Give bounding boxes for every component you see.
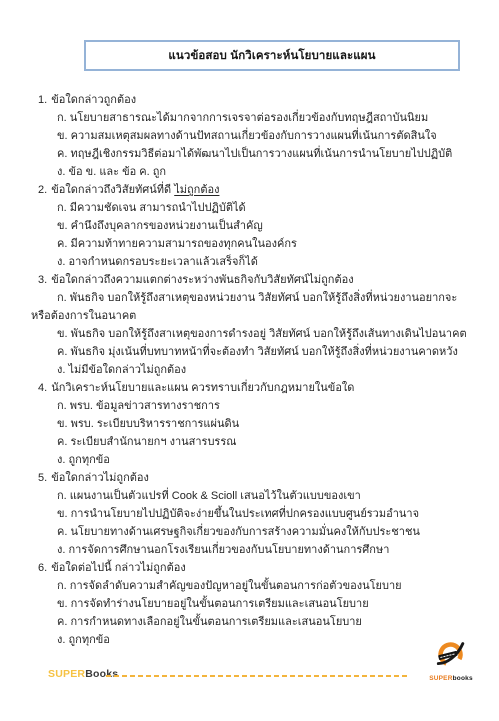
question-line: 4. นักวิเคราะห์นโยบายและแผน ควรทราบเกี่ย… (31, 379, 471, 397)
choice-letter: ก. (57, 580, 67, 592)
choice-letter: ข. (57, 508, 68, 520)
choice-letter: ง. (57, 454, 65, 466)
choice-text: ทฤษฎีเชิงกรรมวิธีต่อมาได้พัฒนาไปเป็นการว… (70, 148, 452, 160)
choice-letter: ก. (57, 490, 67, 502)
choice-text: การนำนโยบายไปปฏิบัติจะง่ายขึ้นในประเทศที… (71, 508, 419, 520)
page-title: แนวข้อสอบ นักวิเคราะห์นโยบายและแผน (168, 47, 375, 65)
choice-text: ระเบียบสำนักนายกฯ งานสารบรรณ (70, 436, 236, 448)
question-text: ข้อใดกล่าวถึงความแตกต่างระหว่างพันธกิจกั… (51, 274, 353, 286)
choice-item: ข. พันธกิจ บอกให้รู้ถึงสาเหตุของการดำรงอ… (31, 325, 471, 343)
choice-text: มีความชัดเจน สามารถนำไปปฏิบัติได้ (70, 202, 246, 214)
choice-text: พันธกิจ บอกให้รู้ถึงสาเหตุของการดำรงอยู่… (71, 328, 467, 340)
choice-item: ค. ทฤษฎีเชิงกรรมวิธีต่อมาได้พัฒนาไปเป็นก… (31, 145, 471, 163)
brand-super-label: SUPER (48, 668, 85, 680)
question-number: 3. (38, 274, 47, 286)
footer-brand-left: SUPERBooks (48, 668, 118, 680)
choice-item: ค. มีความท้าทายความสามารถของทุกคนในองค์ก… (31, 235, 471, 253)
question-line: 1. ข้อใดกล่าวถูกต้อง (31, 91, 471, 109)
choice-text: นโยบายสาธารณะได้มากจากการเจรจาต่อรองเกี่… (70, 112, 428, 124)
choice-text: แผนงานเป็นตัวแปรที่ Cook & Scioll เสนอไว… (70, 490, 361, 502)
choice-letter: ข. (57, 598, 68, 610)
choice-text: พรบ. ระเบียบบริหารราชการแผ่นดิน (71, 418, 239, 430)
choice-letter: ง. (57, 364, 65, 376)
choice-letter: ค. (57, 616, 67, 628)
choice-text: อาจกำหนดกรอบระยะเวลาแล้วเสร็จก็ได้ (69, 256, 258, 268)
question-block: 4. นักวิเคราะห์นโยบายและแผน ควรทราบเกี่ย… (31, 379, 471, 469)
question-number: 2. (38, 184, 47, 196)
choice-text: คำนึงถึงบุคลากรของหน่วยงานเป็นสำคัญ (71, 220, 263, 232)
question-line: 2. ข้อใดกล่าวถึงวิสัยทัศน์ที่ดี ไม่ถูกต้… (31, 181, 471, 199)
choice-item: ง. อาจกำหนดกรอบระยะเวลาแล้วเสร็จก็ได้ (31, 253, 471, 271)
choice-text: นโยบายทางด้านเศรษฐกิจเกี่ยวของกับการสร้า… (70, 526, 419, 538)
choice-text: การกำหนดทางเลือกอยู่ในขั้นตอนการเตรียมแล… (70, 616, 361, 628)
question-block: 2. ข้อใดกล่าวถึงวิสัยทัศน์ที่ดี ไม่ถูกต้… (31, 181, 471, 271)
choice-text: ข้อ ข. และ ข้อ ค. ถูก (69, 166, 167, 178)
choice-item: ข. การจัดทำร่างนโยบายอยู่ในขั้นตอนการเตร… (31, 595, 471, 613)
choice-letter: ง. (57, 544, 65, 556)
choice-letter: ก. (57, 292, 67, 304)
choice-item: ง. ไม่มีข้อใดกล่าวไม่ถูกต้อง (31, 361, 471, 379)
choice-item: ค. ระเบียบสำนักนายกฯ งานสารบรรณ (31, 433, 471, 451)
question-text: ข้อใดกล่าวถูกต้อง (51, 94, 136, 106)
question-text: ข้อใดกล่าวไม่ถูกต้อง (51, 472, 149, 484)
choice-letter: ข. (57, 418, 68, 430)
choice-text: ถูกทุกข้อ (69, 634, 110, 646)
question-block: 1. ข้อใดกล่าวถูกต้อง ก. นโยบายสาธารณะได้… (31, 91, 471, 181)
choice-item: ก. พันธกิจ บอกให้รู้ถึงสาเหตุของหน่วยงาน… (31, 289, 471, 325)
choice-item: ก. พรบ. ข้อมูลข่าวสารทางราชการ (31, 397, 471, 415)
choice-item: ค. พันธกิจ มุ่งเน้นที่บทบาทหน้าที่จะต้อง… (31, 343, 471, 361)
choice-item: ก. การจัดลำดับความสำคัญของปัญหาอยู่ในขั้… (31, 577, 471, 595)
choice-letter: ข. (57, 328, 68, 340)
choice-item: ข. คำนึงถึงบุคลากรของหน่วยงานเป็นสำคัญ (31, 217, 471, 235)
question-line: 5. ข้อใดกล่าวไม่ถูกต้อง (31, 469, 471, 487)
choice-item: ก. แผนงานเป็นตัวแปรที่ Cook & Scioll เสน… (31, 487, 471, 505)
choice-item: ค. การกำหนดทางเลือกอยู่ในขั้นตอนการเตรีย… (31, 613, 471, 631)
choice-letter: ค. (57, 346, 67, 358)
choice-item: ง. ข้อ ข. และ ข้อ ค. ถูก (31, 163, 471, 181)
choice-text: การจัดทำร่างนโยบายอยู่ในขั้นตอนการเตรียม… (71, 598, 369, 610)
choice-item: ค. นโยบายทางด้านเศรษฐกิจเกี่ยวของกับการส… (31, 523, 471, 541)
choice-text: ไม่มีข้อใดกล่าวไม่ถูกต้อง (69, 364, 187, 376)
question-block: 5. ข้อใดกล่าวไม่ถูกต้อง ก. แผนงานเป็นตัว… (31, 469, 471, 559)
choice-text: ถูกทุกข้อ (69, 454, 110, 466)
exam-title-box: แนวข้อสอบ นักวิเคราะห์นโยบายและแผน (84, 40, 460, 71)
logo-super-label: SUPER (429, 675, 452, 682)
question-text: ข้อใดกล่าวถึงวิสัยทัศน์ที่ดี (51, 184, 174, 196)
question-text-underlined: ไม่ถูกต้อง (174, 184, 219, 196)
logo-books-label: books (453, 675, 473, 682)
choice-letter: ก. (57, 112, 67, 124)
choice-letter: ก. (57, 202, 67, 214)
question-block: 6. ข้อใดต่อไปนี้ กล่าวไม่ถูกต้อง ก. การจ… (31, 559, 471, 649)
question-text: ข้อใดต่อไปนี้ กล่าวไม่ถูกต้อง (51, 562, 185, 574)
choice-letter: ข. (57, 220, 68, 232)
question-line: 3. ข้อใดกล่าวถึงความแตกต่างระหว่างพันธกิ… (31, 271, 471, 289)
choice-text: การจัดการศึกษานอกโรงเรียนเกี่ยวของกับนโย… (69, 544, 390, 556)
choice-letter: ง. (57, 256, 65, 268)
choice-text: พันธกิจ มุ่งเน้นที่บทบาทหน้าที่จะต้องทำ … (70, 346, 457, 358)
logo-wordmark: SUPERbooks (429, 675, 473, 683)
choice-text: การจัดลำดับความสำคัญของปัญหาอยู่ในขั้นตอ… (70, 580, 402, 592)
choice-item: ง. ถูกทุกข้อ (31, 451, 471, 469)
brand-books-label: Books (85, 668, 118, 680)
question-line: 6. ข้อใดต่อไปนี้ กล่าวไม่ถูกต้อง (31, 559, 471, 577)
question-block: 3. ข้อใดกล่าวถึงความแตกต่างระหว่างพันธกิ… (31, 271, 471, 379)
choice-letter: ง. (57, 634, 65, 646)
choice-text: ความสมเหตุสมผลทางด้านปัทสถานเกี่ยวข้องกั… (71, 130, 437, 142)
choice-letter: ค. (57, 148, 67, 160)
choice-item: ก. นโยบายสาธารณะได้มากจากการเจรจาต่อรองเ… (31, 109, 471, 127)
choice-item: ง. ถูกทุกข้อ (31, 631, 471, 649)
question-number: 5. (38, 472, 47, 484)
choice-letter: ค. (57, 526, 67, 538)
document-page: แนวข้อสอบ นักวิเคราะห์นโยบายและแผน 1. ข้… (0, 0, 499, 721)
choice-text: พันธกิจ บอกให้รู้ถึงสาเหตุของหน่วยงาน วิ… (31, 292, 457, 322)
choice-letter: ค. (57, 238, 67, 250)
question-number: 1. (38, 94, 47, 106)
choice-item: ข. การนำนโยบายไปปฏิบัติจะง่ายขึ้นในประเท… (31, 505, 471, 523)
question-number: 4. (38, 382, 47, 394)
choice-letter: ข. (57, 130, 68, 142)
question-number: 6. (38, 562, 47, 574)
choice-text: มีความท้าทายความสามารถของทุกคนในองค์กร (70, 238, 296, 250)
question-list: 1. ข้อใดกล่าวถูกต้อง ก. นโยบายสาธารณะได้… (31, 91, 471, 649)
choice-letter: ค. (57, 436, 67, 448)
choice-item: ก. มีความชัดเจน สามารถนำไปปฏิบัติได้ (31, 199, 471, 217)
question-text: นักวิเคราะห์นโยบายและแผน ควรทราบเกี่ยวกั… (51, 382, 354, 394)
choice-item: ข. ความสมเหตุสมผลทางด้านปัทสถานเกี่ยวข้อ… (31, 127, 471, 145)
choice-item: ข. พรบ. ระเบียบบริหารราชการแผ่นดิน (31, 415, 471, 433)
choice-item: ง. การจัดการศึกษานอกโรงเรียนเกี่ยวของกับ… (31, 541, 471, 559)
choice-letter: ก. (57, 400, 67, 412)
choice-text: พรบ. ข้อมูลข่าวสารทางราชการ (70, 400, 220, 412)
dashed-divider (106, 675, 410, 677)
choice-letter: ง. (57, 166, 65, 178)
